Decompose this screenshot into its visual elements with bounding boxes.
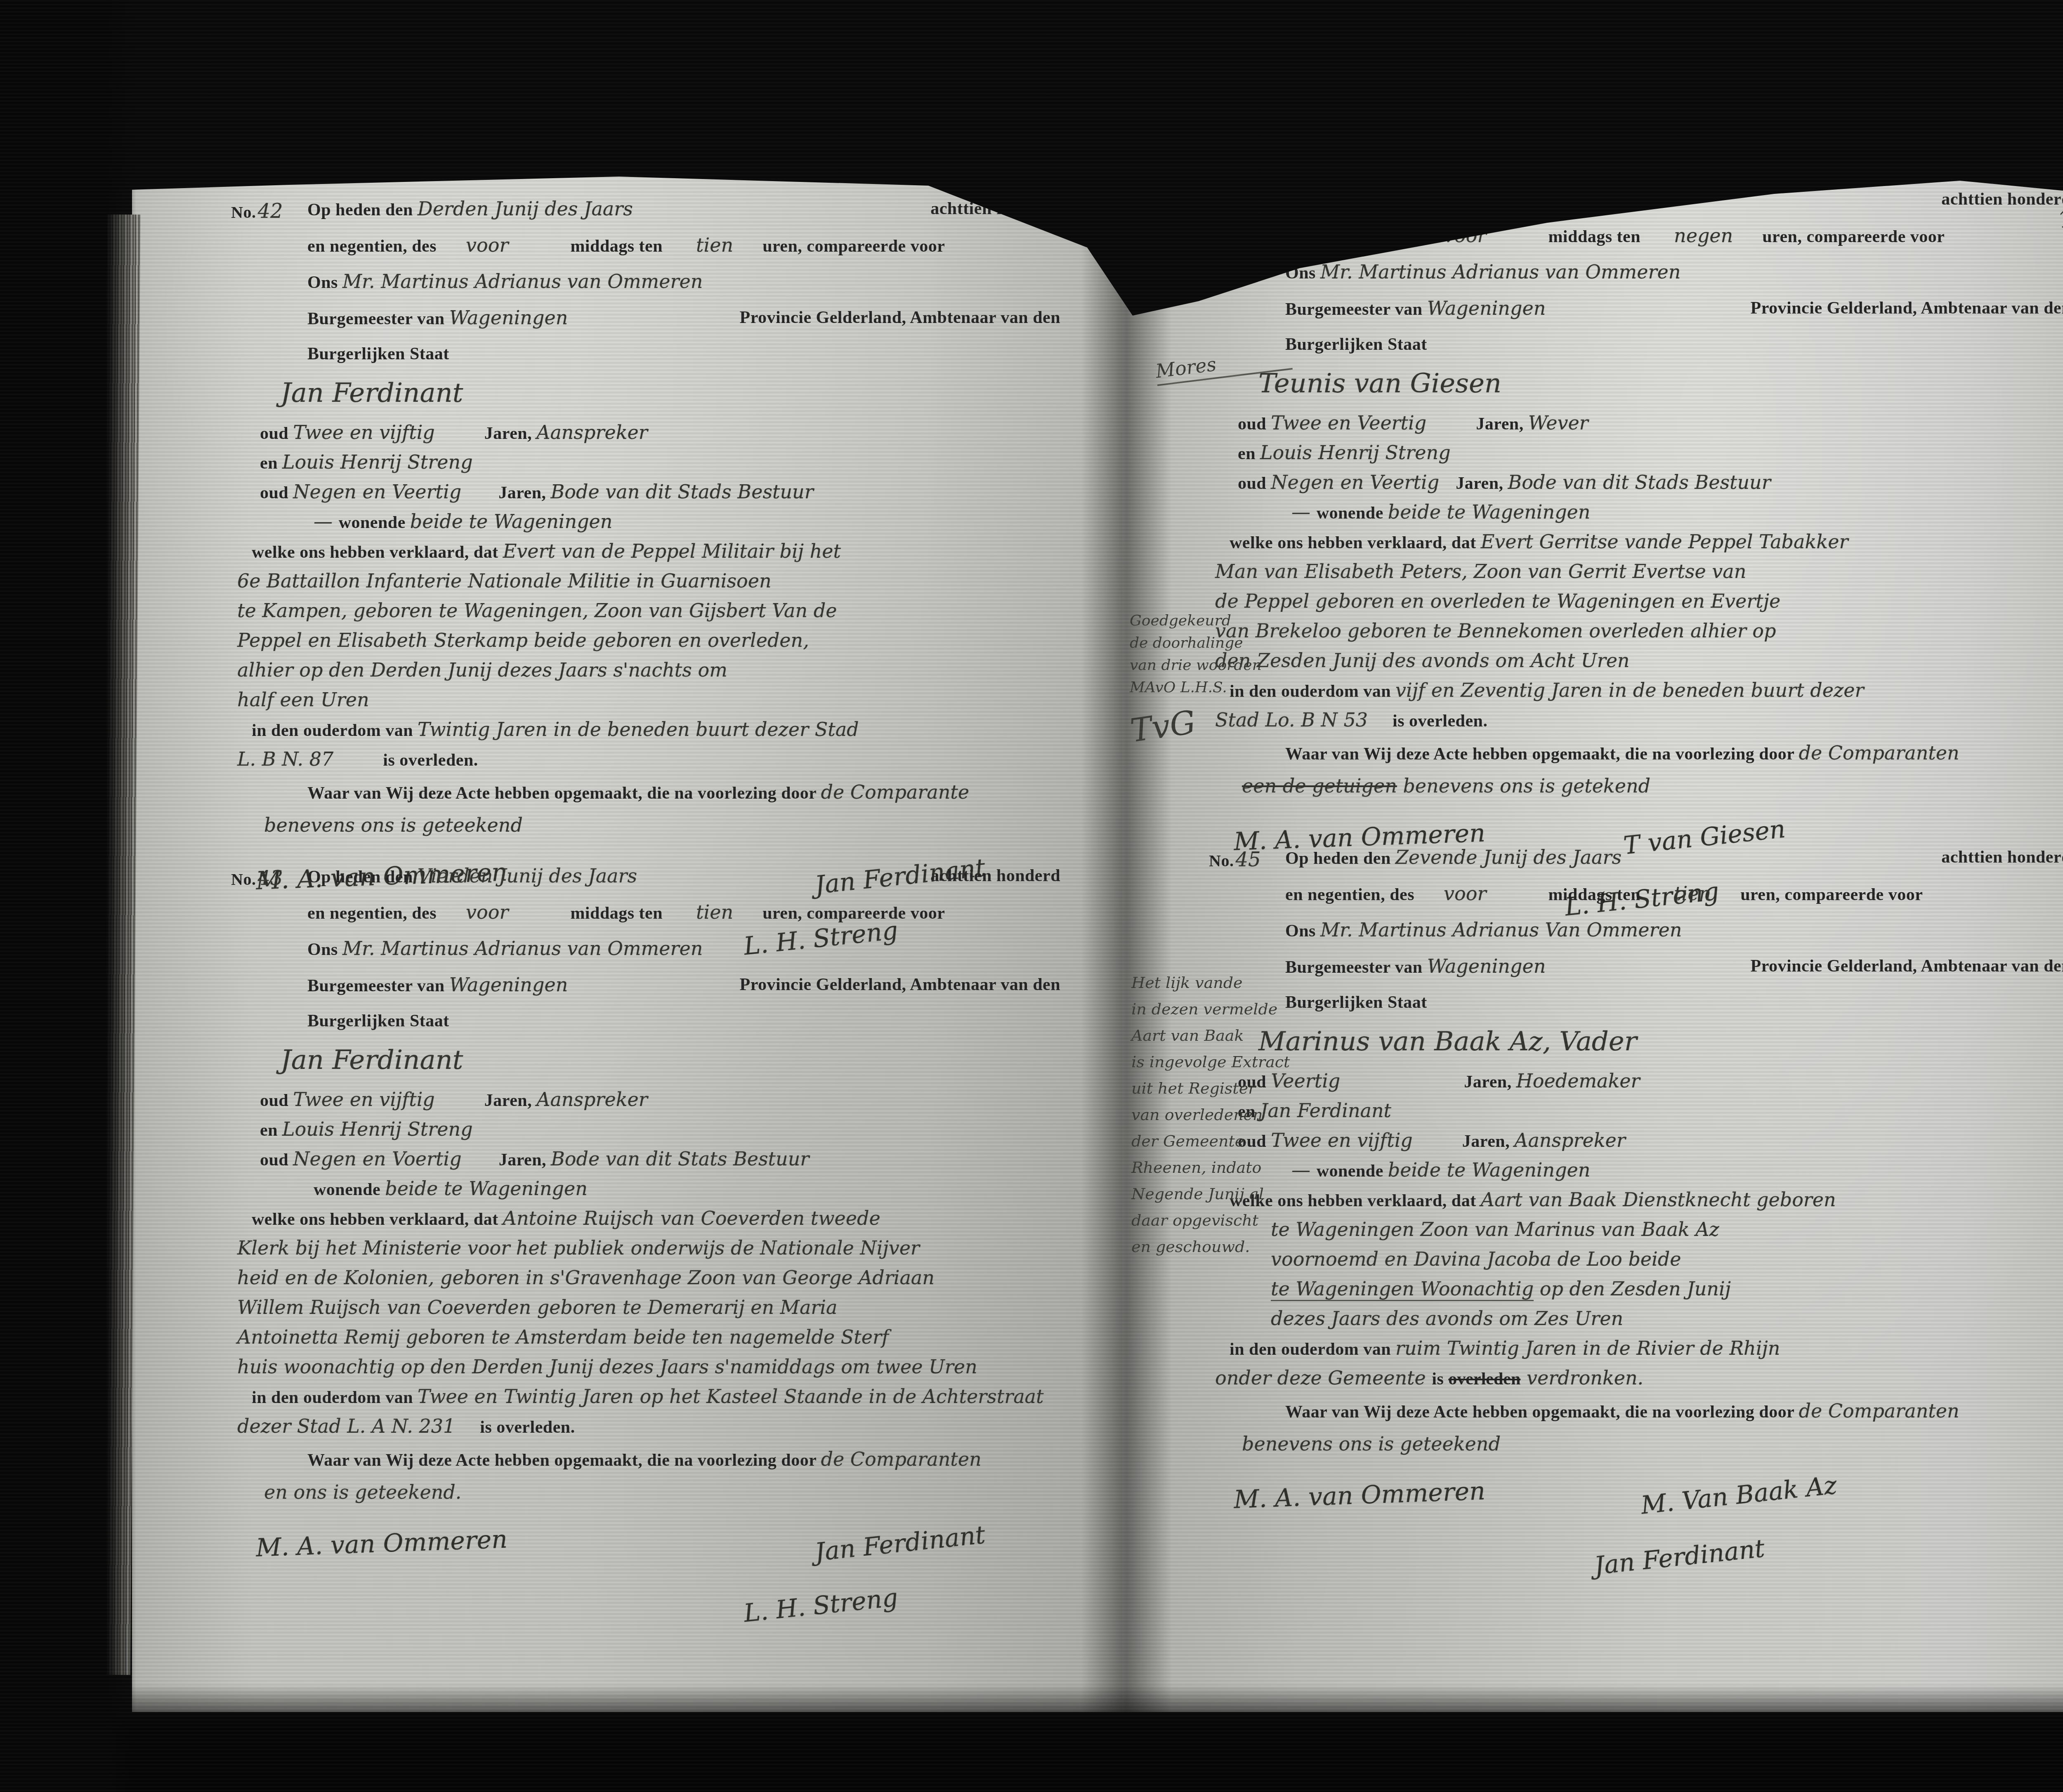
handwritten-text: te Wageningen Woonachtig [1271,1278,1534,1301]
printed-text: Jaren, [1456,474,1508,493]
record-line: en ons is geteekend. [231,1480,1060,1509]
printed-text: is [1432,1370,1448,1389]
handwritten-text: benevens ons is geteekend [1242,1433,1501,1455]
record-line: te Wageningen Woonachtig op den Zesden J… [1209,1276,2063,1306]
handwritten-text: de Comparanten [821,1448,982,1470]
printed-text: uren, compareerde voor [1736,885,1923,904]
record-line: Burgerlijken Staat [231,1005,1060,1040]
printed-text: Jaren, [484,424,536,443]
handwritten-text: Antoinetta Remij geboren te Amsterdam be… [237,1326,889,1348]
record-line: Burgemeester van WageningenProvincie Gel… [1209,292,2063,329]
record-line: dezer Stad L. A N. 231is overleden. [231,1414,1060,1443]
record-line: Burgerlijken Staat [1209,329,2063,364]
record-line: en Louis Henrij Streng [231,1117,1060,1146]
record-line: voornoemd en Davina Jacoba de Loo beide [1209,1247,2063,1276]
record-line: Waar van Wij deze Acte hebben opgemaakt,… [231,1443,1060,1480]
handwritten-text: Twee en Veertig [1271,412,1426,434]
spacer [1486,900,1548,900]
spacer [333,765,383,766]
handwritten-text: benevens ons is geteekend [264,814,523,836]
margin-note-line: Het lijk vande [1131,969,1329,996]
handwritten-text: Twee en vijftig [293,1088,435,1111]
handwritten-text: Wageningen [449,974,568,996]
handwritten-text: dezer Stad L. A N. 231 [237,1415,455,1437]
printed-text: oud [1238,415,1271,434]
printed-text: achttien honderd [1941,842,2063,873]
record-line: oud Twee en vijftigJaren, Aanspreker [231,420,1060,450]
handwritten-text: Negen en Veertig [293,481,461,503]
handwritten-text: Aanspreker [536,421,648,443]
signature: Jan Ferdinant [813,1521,987,1567]
printed-text: in den ouderdom van [1230,1340,1395,1359]
record-line: welke ons hebben verklaard, dat Evert va… [231,539,1060,568]
handwritten-text: en ons is geteekend. [264,1481,461,1503]
handwritten-text: Bode van dit Stats Bestuur [551,1148,809,1170]
printed-text: Waar van Wij deze Acte hebben opgemaakt,… [307,784,821,803]
printed-text: achttien honderd [930,193,1060,224]
printed-text: oud [260,1091,293,1110]
handwritten-text: Man van Elisabeth Peters, Zoon van Gerri… [1215,560,1746,582]
record-line: Ons Mr. Martinus Adrianus Van Ommeren [1209,914,2063,950]
printed-text: wonende [339,513,410,532]
printed-text: Ons [307,273,342,292]
handwritten-text: Teunis van Giesen [1258,368,1501,399]
record-line: van Brekeloo geboren te Bennekomen overl… [1209,618,2063,648]
record-line: benevens ons is geteekend [1209,1431,2063,1461]
margin-note-approval-strikethrough: Goedgekeurdde doorhalingevan drie woorde… [1130,610,1324,737]
record-line: oud VeertigJaren, Hoedemaker [1209,1068,2063,1098]
record-line: alhier op den Derden Junij dezes Jaars s… [231,658,1060,687]
handwritten-text: tien [696,234,733,256]
printed-text: achttien honderd [1941,184,2063,215]
spacer [462,1165,499,1165]
handwritten-text: beide te Wageningen [410,510,613,533]
record-line: te Kampen, geboren te Wageningen, Zoon v… [231,598,1060,628]
handwritten-text: Twee en vijftig [293,421,435,443]
spacer [1419,242,1444,242]
handwritten-text: Klerk bij het Ministerie voor het publie… [237,1237,920,1259]
margin-note-line: Goedgekeurd [1130,610,1324,632]
record-line: en negentien, des voormiddags ten tien u… [231,896,1060,933]
record-lines: Op heden den Zevende Junij des Jaarsacht… [1209,184,2063,803]
record-line: benevens ons is geteekend [231,813,1060,842]
printed-text: Burgerlijken Staat [307,1012,449,1030]
death-record-44: No. 44 Op heden den Zevende Junij des Ja… [1209,184,2063,947]
printed-text: oud [260,424,293,443]
printed-text: Jaren, [499,1151,551,1170]
printed-text: oud [260,1151,293,1170]
spacer [733,918,758,919]
printed-text: Jaren, [1476,415,1528,434]
record-line: Marinus van Baak Az, Vader [1209,1022,2063,1068]
record-line: wonende beide te Wageningen [231,1176,1060,1206]
handwritten-text: Aart van Baak Dienstknecht geboren [1481,1188,1836,1211]
printed-text: is overleden. [1393,712,1487,731]
record-line: oud Negen en VeertigJaren, Bode van dit … [1209,470,2063,500]
handwritten-text: Wever [1528,412,1589,434]
handwritten-text: onder deze Gemeente [1215,1367,1432,1389]
record-line: Stad Lo. B N 53is overleden. [1209,707,2063,737]
record-lines: Op heden den Vierden Junij des Jaarsacht… [231,860,1060,1509]
record-signatures: M. A. van OmmerenM. Van Baak AzJan Ferdi… [1209,1481,1837,1605]
handwritten-text: huis woonachtig op den Derden Junij deze… [237,1356,977,1378]
signature-row: M. A. van OmmerenM. Van Baak Az [1234,1481,1837,1543]
record-line: te Wageningen Zoon van Marinus van Baak … [1209,1217,2063,1247]
printed-text: wonende [1317,504,1388,523]
handwritten-text: vijf en Zeventig Jaren in de beneden buu… [1395,679,1864,701]
margin-note-line: der Gemeente [1131,1128,1329,1154]
signature: M. A. van Ommeren [1233,1476,1486,1514]
record-line: en negentien, des voormiddags ten negen … [1209,220,2063,256]
margin-note-line: Negende Junij al [1131,1181,1329,1207]
handwritten-text: tien [696,901,733,923]
spacer [455,1432,480,1433]
spacer [667,251,696,252]
printed-text: en [260,454,282,473]
handwritten-text: ruim Twintig Jaren in de Rivier de Rhijn [1395,1337,1780,1359]
record-line: heid en de Kolonien, geboren in s'Graven… [231,1265,1060,1295]
record-line: en Louis Henrij Streng [1209,440,2063,470]
printed-text: Jaren, [1462,1132,1514,1151]
record-line: Op heden den Vierden Junij des Jaarsacht… [231,860,1060,896]
record-line: Jan Ferdinant [231,373,1060,420]
spacer [1645,900,1674,900]
printed-text: Burgemeester van [307,309,449,328]
handwritten-text: voornoemd en Davina Jacoba de Loo beide [1271,1248,1681,1270]
record-line: welke ons hebben verklaard, dat Evert Ge… [1209,529,2063,559]
handwritten-text: Zevende Junij des Jaars [1395,846,1622,868]
spacer [435,1106,484,1106]
printed-text: middags ten [1548,885,1645,904]
handwritten-text: Evert van de Peppel Militair bij het [503,540,841,562]
spacer [667,918,696,919]
record-line: Peppel en Elisabeth Sterkamp beide gebor… [231,628,1060,658]
handwritten-text: Mr. Martinus Adrianus van Ommeren [342,270,703,292]
printed-text: in den ouderdom van [252,1388,418,1407]
spacer [1340,1087,1464,1087]
record-line: en negentien, des voormiddags ten tien u… [1209,878,2063,914]
printed-text: Burgemeester van [307,976,449,995]
handwritten-text: te Kampen, geboren te Wageningen, Zoon v… [237,599,837,622]
record-line: Man van Elisabeth Peters, Zoon van Gerri… [1209,559,2063,589]
record-line: de Peppel geboren en overleden te Wageni… [1209,589,2063,618]
record-line: onder deze Gemeente is overleden verdron… [1209,1365,2063,1395]
printed-text: Provincie Gelderland, Ambtenaar van den [1751,292,2063,324]
handwritten-text: voor [1444,224,1486,247]
handwritten-text: Louis Henrij Streng [1260,441,1451,464]
handwritten-text: Louis Henrij Streng [282,1118,473,1140]
printed-text: wonende [314,1180,385,1199]
record-line: Waar van Wij deze Acte hebben opgemaakt,… [1209,1395,2063,1431]
printed-text: Op heden den [307,200,418,219]
record-line: Antoinetta Remij geboren te Amsterdam be… [231,1325,1060,1354]
margin-note-line: in dezen vermelde [1131,996,1329,1022]
spacer [1413,1146,1462,1147]
record-line: Teunis van Giesen [1209,364,2063,410]
handwritten-text: Antoine Ruijsch van Coeverden tweede [503,1207,880,1229]
printed-text: in den ouderdom van [252,721,418,740]
record-line: Burgemeester van WageningenProvincie Gel… [231,969,1060,1005]
handwritten-text: L. B N. 87 [237,748,333,770]
handwritten-text: dezes Jaars des avonds om Zes Uren [1271,1307,1623,1330]
spacer [1486,242,1548,242]
printed-text: Waar van Wij deze Acte hebben opgemaakt,… [1285,1403,1799,1422]
handwritten-text: Negen en Voertig [293,1148,461,1170]
printed-text: en negentien, des [307,237,441,256]
margin-note-body-recovered: Het lijk vandein dezen vermeldeAart van … [1131,969,1329,1260]
record-line: Jan Ferdinant [231,1040,1060,1087]
death-record-45: No. 45 Op heden den Zevende Junij des Ja… [1209,842,2063,1605]
record-line: en Louis Henrij Streng [231,450,1060,479]
printed-text: Op heden den [307,868,418,887]
handwritten-text: Derden Junij des Jaars [418,198,633,220]
handwritten-text: Aanspreker [536,1088,648,1111]
record-line: — wonende beide te Wageningen [1209,500,2063,529]
record-line: L. B N. 87is overleden. [231,747,1060,776]
handwritten-text: Mr. Martinus Adrianus van Ommeren [1320,261,1681,283]
handwritten-text: Aanspreker [1514,1129,1626,1151]
record-line: in den ouderdom van Twee en Twintig Jare… [231,1384,1060,1414]
printed-text: en negentien, des [1285,885,1419,904]
page-corner-marks: 12 1819 — [2057,171,2063,222]
margin-note-line: van overledenen [1131,1101,1329,1128]
margin-note-line: Rheenen, indato [1131,1154,1329,1181]
record-line: Ons Mr. Martinus Adrianus van Ommeren [1209,256,2063,292]
microfilm-scan: No. 42 Op heden den Derden Junij des Jaa… [0,0,2063,1792]
record-line: Op heden den Derden Junij des Jaarsachtt… [231,193,1060,229]
margin-note-line: uit het Register [1131,1075,1329,1101]
printed-text: Op heden den [1285,849,1395,868]
printed-text: Burgerlijken Staat [307,344,449,363]
handwritten-text: 6e Battaillon Infanterie Nationale Milit… [237,570,772,592]
printed-text: Ons [1285,922,1320,941]
handwritten-text: beide te Wageningen [1388,1159,1591,1181]
record-lines: Op heden den Derden Junij des Jaarsachtt… [231,193,1060,842]
printed-text: Waar van Wij deze Acte hebben opgemaakt,… [1285,745,1799,764]
margin-note-line: van drie woorden [1130,654,1324,677]
handwritten-text: een de getuigen [1242,775,1397,797]
record-line: oud Twee en vijftigJaren, Aanspreker [231,1087,1060,1117]
handwritten-text: Jan Ferdinant [281,378,463,408]
handwritten-text: Twintig Jaren in de beneden buurt dezer … [418,718,859,740]
printed-text: en negentien, des [307,904,441,923]
printed-text: Burgemeester van [1285,300,1427,319]
signature-row: Jan Ferdinant [1234,1543,1837,1605]
record-line: Burgemeester van WageningenProvincie Gel… [1209,950,2063,987]
printed-text: Jaren, [498,483,550,502]
record-line: en Jan Ferdinant [1209,1098,2063,1128]
record-line: oud Negen en VeertigJaren, Bode van dit … [231,479,1060,509]
margin-note-line: Aart van Baak [1131,1022,1329,1049]
spacer [1711,900,1736,900]
spacer [1645,242,1674,242]
printed-text: oud [1238,474,1271,493]
printed-text: Provincie Gelderland, Ambtenaar van den [1751,950,2063,982]
handwritten-text: Louis Henrij Streng [282,451,473,473]
printed-text: middags ten [570,904,667,923]
handwritten-text: voor [466,901,508,923]
handwritten-text: Wageningen [1427,297,1546,319]
record-lines: Op heden den Zevende Junij des Jaarsacht… [1209,842,2063,1461]
printed-text: Waar van Wij deze Acte hebben opgemaakt,… [307,1451,821,1470]
handwritten-text: Vierden Junij des Jaars [418,865,637,887]
handwritten-text: te Wageningen Zoon van Marinus van Baak … [1271,1218,1719,1240]
record-line: oud Twee en VeertigJaren, Wever [1209,410,2063,440]
record-line: — wonende beide te Wageningen [1209,1158,2063,1187]
handwritten-text: beide te Wageningen [385,1177,588,1200]
printed-text: oud [260,483,293,502]
printed-text: is overleden. [480,1418,575,1437]
spacer [733,251,758,252]
record-line: in den ouderdom van ruim Twintig Jaren i… [1209,1336,2063,1365]
printed-text: overleden [1448,1370,1520,1389]
record-line: in den ouderdom van Twintig Jaren in de … [231,717,1060,747]
record-line: in den ouderdom van vijf en Zeventig Jar… [1209,678,2063,707]
signature: M. A. van Ommeren [255,1525,508,1562]
printed-text: Op heden den [1285,191,1395,210]
handwritten-text: voor [1444,882,1486,905]
handwritten-text: alhier op den Derden Junij dezes Jaars s… [237,659,727,681]
printed-text: achttien honderd [930,860,1060,891]
handwritten-text: Peppel en Elisabeth Sterkamp beide gebor… [237,629,809,651]
printed-text: middags ten [570,237,667,256]
spacer [461,498,498,498]
printed-text: Provincie Gelderland, Ambtenaar van den [740,969,1060,1000]
record-line: oud Negen en VoertigJaren, Bode van dit … [231,1146,1060,1176]
handwritten-text: Bode van dit Stads Bestuur [1508,471,1771,493]
printed-text: Jaren, [484,1091,536,1110]
record-line: Waar van Wij deze Acte hebben opgemaakt,… [1209,737,2063,773]
record-line: Op heden den Zevende Junij des Jaarsacht… [1209,842,2063,878]
printed-text: uren, compareerde voor [1758,227,1945,246]
margin-note-line: daar opgevischt [1131,1207,1329,1233]
margin-note-line: de doorhalinge [1130,632,1324,654]
printed-text: is overleden. [383,751,478,770]
handwritten-text: benevens ons is getekend [1397,775,1650,797]
spacer [508,918,570,919]
record-line: Ons Mr. Martinus Adrianus van Ommeren [231,266,1060,302]
margin-note-line: is ingevolge Extract [1131,1049,1329,1075]
record-line: Burgemeester van WageningenProvincie Gel… [231,302,1060,338]
record-line: Willem Ruijsch van Coeverden geboren te … [231,1295,1060,1325]
record-line: half een Uren [231,687,1060,717]
handwritten-text: Evert Gerritse vande Peppel Tabakker [1481,531,1848,553]
handwritten-text: de Comparanten [1799,742,1959,764]
signature-row: L. H. Streng [256,1591,986,1653]
margin-note-line: en geschouwd. [1131,1233,1329,1260]
spacer [1368,726,1393,726]
spacer [508,251,570,252]
handwritten-text: Zevende Junij des Jaars [1395,188,1622,210]
handwritten-text: half een Uren [237,689,369,711]
handwritten-text: Twee en Twintig Jaren op het Kasteel Sta… [418,1385,1043,1408]
spacer [1733,242,1758,242]
printed-text: en negentien, des [1285,227,1419,246]
printed-text: Ons [307,940,342,959]
printed-text: en [1238,444,1260,463]
handwritten-text: op den Zesden Junij [1534,1278,1731,1300]
printed-text: welke ons hebben verklaard, dat [1230,533,1481,552]
handwritten-text: verdronken. [1520,1367,1643,1389]
handwritten-text: de Comparante [821,781,969,803]
spacer [435,439,484,439]
printed-text: Provincie Gelderland, Ambtenaar van den [740,302,1060,333]
printed-text: uren, compareerde voor [758,237,945,256]
handwritten-text: voor [466,234,508,256]
record-line: Burgerlijken Staat [231,338,1060,373]
handwritten-text: Bode van dit Stads Bestuur [551,481,814,503]
record-line: Ons Mr. Martinus Adrianus van Ommeren [231,933,1060,969]
printed-text: uren, compareerde voor [758,904,945,923]
handwritten-text: Negen en Veertig [1271,471,1439,493]
printed-text: middags ten [1548,227,1645,246]
record-line: Burgerlijken Staat [1209,987,2063,1022]
handwritten-text: Jan Ferdinant [281,1045,463,1075]
handwritten-text: beide te Wageningen [1388,501,1591,523]
spacer [441,918,466,919]
death-record-43: No. 43 Op heden den Vierden Junij des Ja… [231,860,1060,1653]
handwritten-text: de Comparanten [1799,1400,1959,1422]
printed-text: welke ons hebben verklaard, dat [252,1210,503,1229]
spacer [1419,900,1444,900]
printed-text: Ons [1285,264,1320,283]
handwritten-text: tien [1674,882,1711,905]
spacer [1439,488,1456,489]
record-line: huis woonachtig op den Derden Junij deze… [231,1354,1060,1384]
record-line: Op heden den Zevende Junij des Jaarsacht… [1209,184,2063,220]
handwritten-text: Hoedemaker [1516,1070,1640,1092]
record-line: dezes Jaars des avonds om Zes Uren [1209,1306,2063,1336]
handwritten-text: Wageningen [1427,955,1546,977]
handwritten-text: Mr. Martinus Adrianus Van Ommeren [1320,919,1682,941]
handwritten-text: heid en de Kolonien, geboren in s'Graven… [237,1266,935,1289]
record-signatures: M. A. van OmmerenJan FerdinantL. H. Stre… [231,1529,986,1653]
handwritten-text: — [1291,501,1317,523]
handwritten-text: — [314,510,339,533]
record-line: en negentien, des voormiddags ten tien u… [231,229,1060,266]
spacer [441,251,466,252]
handwritten-text: Willem Ruijsch van Coeverden geboren te … [237,1296,837,1318]
spacer [1426,429,1476,429]
record-line: welke ons hebben verklaard, dat Antoine … [231,1206,1060,1236]
record-line: welke ons hebben verklaard, dat Aart van… [1209,1187,2063,1217]
handwritten-text: negen [1674,224,1733,247]
handwritten-text: de Peppel geboren en overleden te Wageni… [1215,590,1780,612]
record-line: Waar van Wij deze Acte hebben opgemaakt,… [231,776,1060,813]
printed-text: Jaren, [1464,1073,1516,1092]
record-line: 6e Battaillon Infanterie Nationale Milit… [231,568,1060,598]
record-line: — wonende beide te Wageningen [231,509,1060,539]
handwritten-text: Wageningen [449,307,568,329]
printed-text: welke ons hebben verklaard, dat [252,543,503,562]
record-line: een de getuigen benevens ons is getekend [1209,773,2063,803]
printed-text: Burgerlijken Staat [1285,335,1427,354]
record-line: Klerk bij het Ministerie voor het publie… [231,1236,1060,1265]
signature: M. Van Baak Az [1640,1471,1839,1520]
printed-text: en [260,1121,282,1140]
record-line: oud Twee en vijftigJaren, Aanspreker [1209,1128,2063,1158]
record-line: den Zesden Junij des avonds om Acht Uren [1209,648,2063,678]
handwritten-text: Mr. Martinus Adrianus van Ommeren [342,937,703,960]
signature-row: M. A. van OmmerenJan Ferdinant [256,1529,986,1591]
